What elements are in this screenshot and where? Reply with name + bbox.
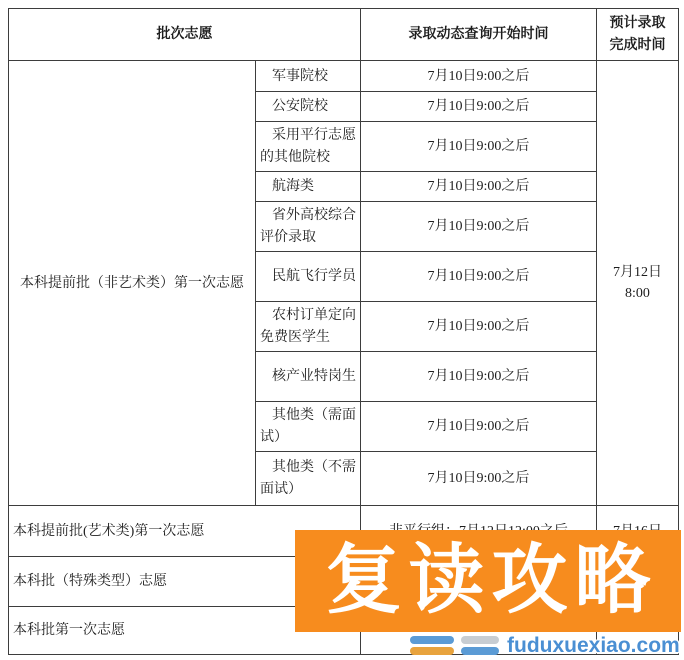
category-cell: 核产业特岗生 [256, 352, 361, 402]
header-completion-line2: 完成时间 [599, 35, 676, 57]
bar-orange-icon [410, 647, 454, 655]
table-header-row: 批次志愿 录取动态查询开始时间 预计录取 完成时间 [9, 9, 679, 61]
watermark-banner: 复读攻略 [295, 530, 681, 632]
query-time-cell: 7月10日9:00之后 [361, 452, 597, 506]
watermark-text: 复读攻略 [319, 543, 658, 619]
query-time-cell: 7月10日9:00之后 [361, 252, 597, 302]
category-cell: 省外高校综合评价录取 [256, 202, 361, 252]
header-query-time: 录取动态查询开始时间 [361, 9, 597, 61]
query-time-cell: 7月10日9:00之后 [361, 202, 597, 252]
bar-blue-icon [410, 636, 454, 644]
logo-bars-row-bottom [410, 647, 499, 655]
query-time-cell: 7月10日9:00之后 [361, 402, 597, 452]
advance-batch-label: 本科提前批（非艺术类）第一次志愿 [9, 61, 256, 506]
header-batch: 批次志愿 [9, 9, 361, 61]
site-logo: fuduxuexiao.com [410, 632, 680, 658]
advance-batch-completion: 7月12日 8:00 [597, 61, 679, 506]
logo-bars-row-top [410, 636, 499, 644]
query-time-cell: 7月10日9:00之后 [361, 122, 597, 172]
category-cell: 军事院校 [256, 61, 361, 92]
logo-bars-icon [410, 636, 499, 655]
header-completion-time: 预计录取 完成时间 [597, 9, 679, 61]
category-cell: 其他类（不需面试） [256, 452, 361, 506]
bar-blue-icon [461, 647, 499, 655]
header-completion-line1: 预计录取 [599, 13, 676, 35]
bar-gray-icon [461, 636, 499, 644]
query-time-cell: 7月10日9:00之后 [361, 352, 597, 402]
completion-hour: 8:00 [601, 283, 674, 305]
completion-date: 7月12日 [601, 262, 674, 284]
query-time-cell: 7月10日9:00之后 [361, 92, 597, 122]
query-time-cell: 7月10日9:00之后 [361, 172, 597, 202]
category-cell: 其他类（需面试） [256, 402, 361, 452]
category-cell: 民航飞行学员 [256, 252, 361, 302]
category-cell: 航海类 [256, 172, 361, 202]
category-cell: 采用平行志愿的其他院校 [256, 122, 361, 172]
query-time-cell: 7月10日9:00之后 [361, 61, 597, 92]
site-url-text: fuduxuexiao.com [507, 635, 680, 656]
query-time-cell: 7月10日9:00之后 [361, 302, 597, 352]
category-cell: 公安院校 [256, 92, 361, 122]
table-row: 本科提前批（非艺术类）第一次志愿 军事院校 7月10日9:00之后 7月12日 … [9, 61, 679, 92]
category-cell: 农村订单定向免费医学生 [256, 302, 361, 352]
